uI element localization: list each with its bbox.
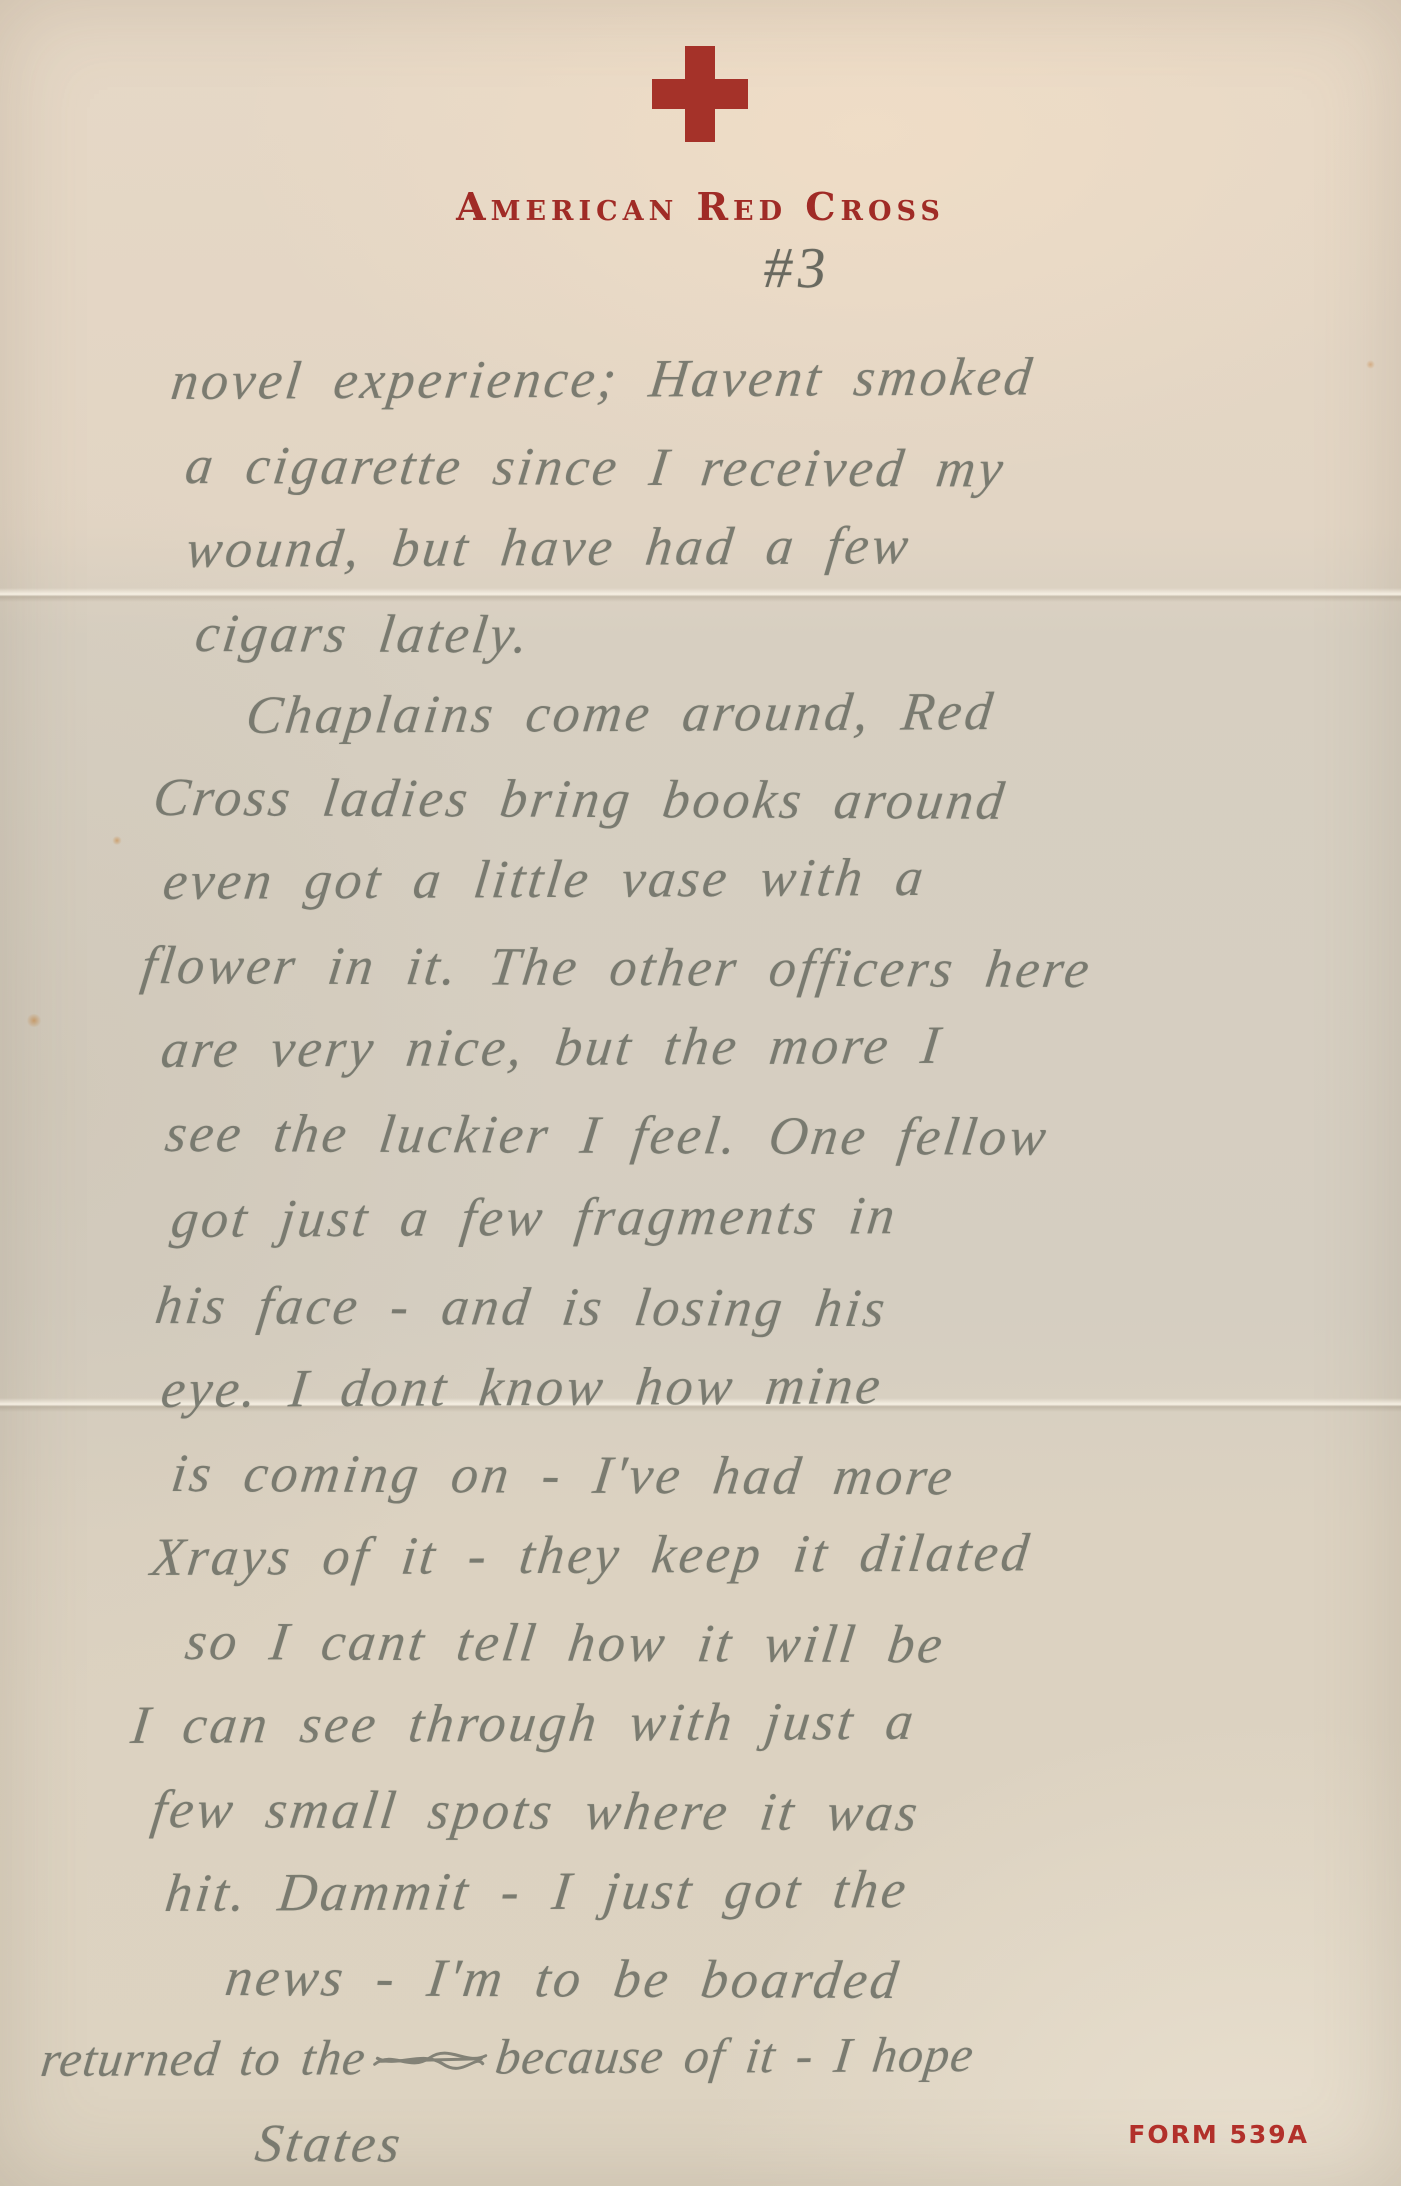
red-cross-horizontal-arm xyxy=(652,79,748,109)
form-number: FORM 539A xyxy=(1128,2120,1309,2149)
page-number: #3 xyxy=(760,236,834,300)
letter-line: Cross ladies bring books around xyxy=(150,768,1010,831)
organization-name: American Red Cross xyxy=(0,184,1401,229)
letter-line: hit. Dammit - I just got the xyxy=(162,1860,912,1923)
letter-line: I can see through with just a xyxy=(128,1692,919,1755)
letter-line: see the luckier I feel. One fellow xyxy=(162,1104,1052,1167)
crossed-out-word xyxy=(368,2034,493,2090)
insertion-before-text: returned to the xyxy=(38,2029,369,2087)
letter-line: flower in it. The other officers here xyxy=(138,936,1095,1000)
letter-line: Chaplains come around, Red xyxy=(243,682,998,745)
fold-crease-top xyxy=(0,588,1401,602)
letter-line: novel experience; Havent smoked xyxy=(168,347,1038,411)
letter-line: got just a few fragments in xyxy=(168,1186,901,1249)
paper-stain xyxy=(112,836,122,845)
paper-stain xyxy=(1366,360,1375,369)
letter-line-insertion: returned to thebecause of it - I hope xyxy=(38,2027,977,2087)
letter-line: a cigarette since I received my xyxy=(182,436,1009,499)
letter-line: wound, but have had a few xyxy=(183,516,914,579)
letter-line: are very nice, but the more I xyxy=(158,1016,946,1079)
red-cross-icon xyxy=(652,46,748,142)
letter-line: even got a little vase with a xyxy=(160,848,929,911)
letter-line: his face - and is losing his xyxy=(152,1276,891,1339)
letter-line: Xrays of it - they keep it dilated xyxy=(148,1523,1035,1587)
letter-line-states: States xyxy=(252,2114,406,2174)
letter-line: is coming on - I've had more xyxy=(168,1444,959,1507)
letter-line: news - I'm to be boarded xyxy=(222,1948,904,2010)
letter-line: eye. I dont know how mine xyxy=(158,1356,886,1419)
letter-page: American Red Cross #3 novel experience; … xyxy=(0,0,1401,2186)
letter-line: few small spots where it was xyxy=(148,1780,924,1843)
letter-line: cigars lately. xyxy=(192,604,534,665)
paper-stain xyxy=(26,1014,42,1027)
insertion-after-text: because of it - I hope xyxy=(493,2026,978,2085)
letter-line: so I cant tell how it will be xyxy=(182,1612,949,1675)
